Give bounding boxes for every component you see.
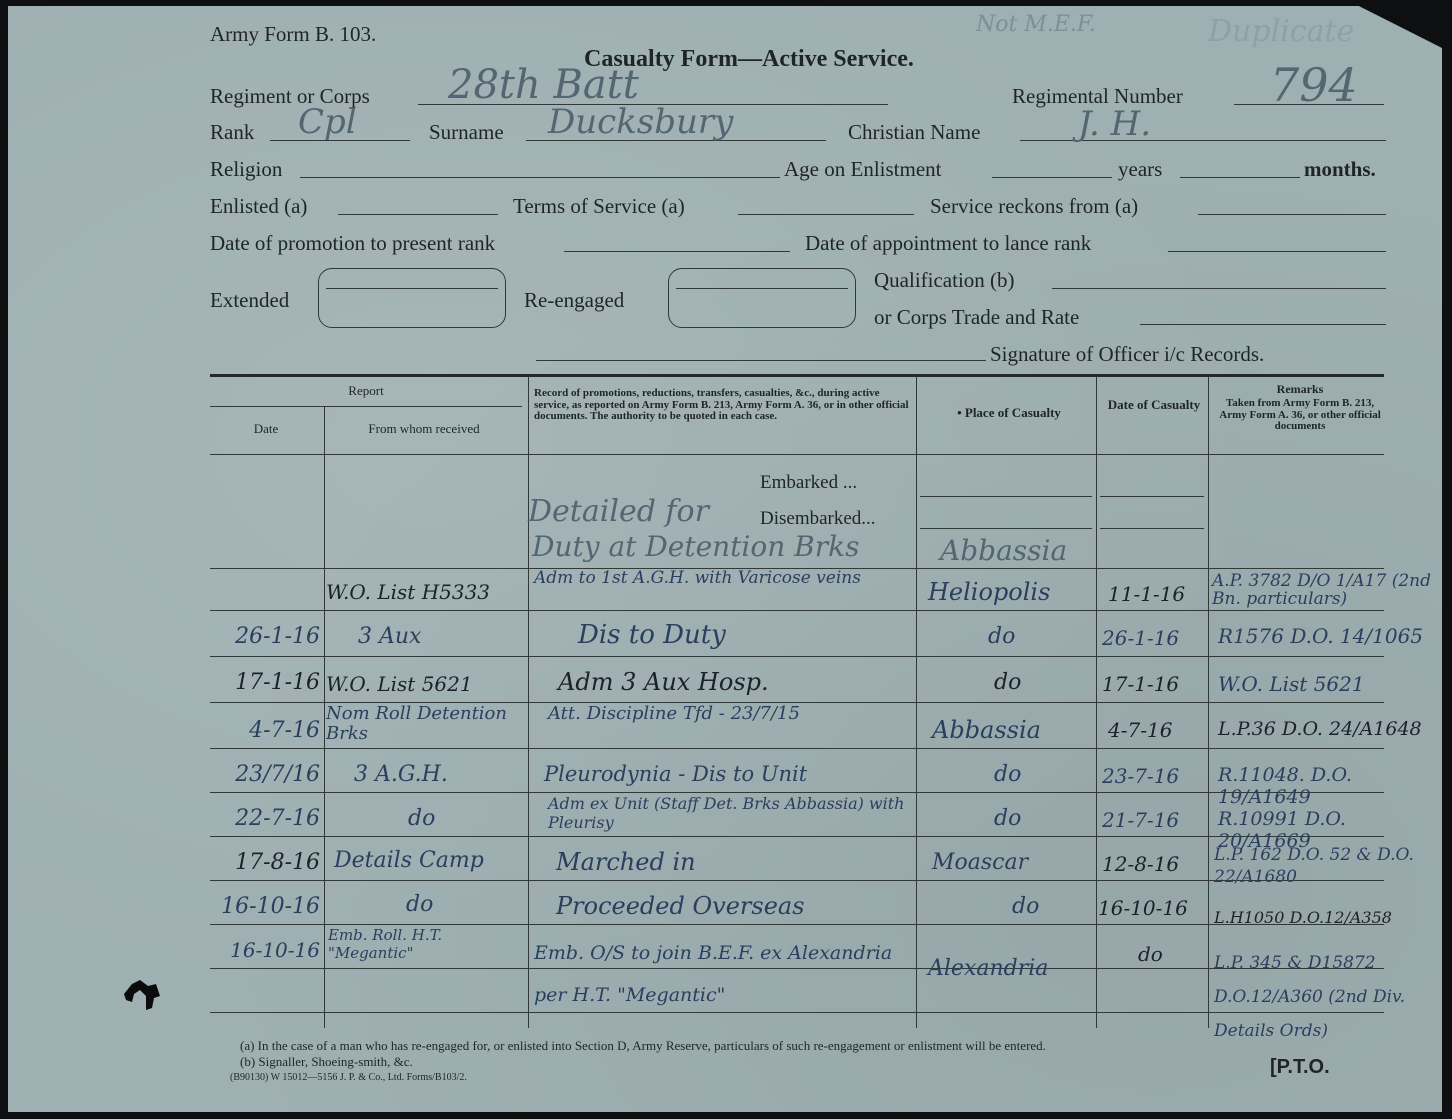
- religion-label: Religion: [210, 157, 282, 182]
- age-on-enlistment-label: Age on Enlistment: [784, 157, 941, 182]
- row-from: do: [406, 892, 433, 917]
- row-from: W.O. List H5333: [326, 580, 490, 604]
- punch-hole-icon: [118, 974, 164, 1016]
- footnote-b: (b) Signaller, Shoeing-smith, &c.: [240, 1054, 413, 1070]
- row-remarks: R1576 D.O. 14/1065: [1218, 624, 1423, 648]
- rank-value: Cpl: [298, 102, 357, 142]
- row-date: 16-10-16: [168, 894, 320, 919]
- row-record: Adm to 1st A.G.H. with Varicose veins: [534, 568, 914, 588]
- row-place: Moascar: [932, 850, 1028, 875]
- pto-label: [P.T.O.: [1270, 1056, 1330, 1079]
- row-remarks: L.P.36 D.O. 24/A1648: [1218, 718, 1422, 740]
- row-from: Details Camp: [334, 848, 484, 873]
- not-mef-annotation: Not M.E.F.: [976, 12, 1096, 37]
- row-date: 16-10-16: [168, 938, 320, 962]
- terms-of-service-label: Terms of Service (a): [513, 194, 685, 219]
- row-from: W.O. List 5621: [326, 672, 473, 696]
- extended-label: Extended: [210, 288, 289, 313]
- row-casualty-date: 16-10-16: [1098, 896, 1188, 920]
- place-header: • Place of Casualty: [920, 406, 1098, 420]
- casualty-form-document: Army Form B. 103. Casualty Form—Active S…: [8, 6, 1442, 1112]
- row-place: do: [994, 670, 1021, 695]
- row-place: Heliopolis: [928, 578, 1050, 606]
- row-casualty-date: 26-1-16: [1102, 626, 1179, 650]
- row-place: do: [994, 762, 1021, 787]
- record-header: Record of promotions, reductions, transf…: [534, 388, 914, 423]
- row-place: do: [1012, 894, 1039, 919]
- christian-name-label: Christian Name: [848, 120, 980, 145]
- row-casualty-date: 11-1-16: [1108, 582, 1185, 606]
- extended-brace: [318, 268, 506, 328]
- row-date: 26-1-16: [168, 624, 320, 649]
- row-remarks: L.P. 345 & D15872 D.O.12/A360 (2nd Div. …: [1214, 946, 1450, 1048]
- qualification-label: Qualification (b): [874, 268, 1015, 293]
- row-record: Pleurodynia - Dis to Unit: [544, 762, 807, 786]
- row-from: 3 Aux: [358, 624, 421, 649]
- surname-label: Surname: [429, 120, 504, 145]
- row-date: 17-1-16: [168, 670, 320, 695]
- row-remarks: L.P. 162 D.O. 52 & D.O. 22/A1680: [1214, 844, 1450, 888]
- embarked-label: Embarked ...: [760, 472, 857, 494]
- from-whom-header: From whom received: [324, 422, 524, 436]
- row-casualty-date: do: [1138, 942, 1163, 966]
- printer-imprint: (B90130) W 15012—5156 J. P. & Co., Ltd. …: [230, 1072, 467, 1083]
- row-date: 23/7/16: [168, 762, 320, 787]
- remarks-header: Remarks: [1212, 383, 1388, 396]
- row-place: Alexandria: [928, 956, 1048, 981]
- row-record: Proceeded Overseas: [556, 892, 805, 920]
- row-remarks: R.11048. D.O. 19/A1649: [1218, 764, 1442, 808]
- row-record: Marched in: [556, 848, 696, 876]
- row-from: do: [408, 806, 435, 831]
- date-of-appointment-label: Date of appointment to lance rank: [805, 231, 1091, 256]
- row-from: Emb. Roll. H.T. "Megantic": [328, 926, 524, 962]
- christian-name-value: J. H.: [1078, 104, 1151, 144]
- months-label: months.: [1304, 157, 1376, 182]
- first-entry-place: Abbassia: [940, 534, 1067, 567]
- form-number: Army Form B. 103.: [210, 22, 376, 47]
- years-label: years: [1118, 157, 1162, 182]
- duplicate-annotation: Duplicate: [1208, 14, 1354, 49]
- report-header: Report: [210, 384, 522, 398]
- row-remarks: L.H1050 D.O.12/A358: [1214, 908, 1392, 927]
- re-engaged-label: Re-engaged: [524, 288, 624, 313]
- row-casualty-date: 23-7-16: [1102, 764, 1179, 788]
- row-from: Nom Roll Detention Brks: [326, 704, 526, 744]
- row-from: 3 A.G.H.: [354, 762, 448, 787]
- row-casualty-date: 4-7-16: [1108, 718, 1172, 742]
- regimental-number-value: 794: [1270, 58, 1358, 112]
- rank-label: Rank: [210, 120, 254, 145]
- remarks-subheader: Taken from Army Form B. 213, Army Form A…: [1212, 398, 1388, 433]
- row-place: do: [994, 806, 1021, 831]
- corps-trade-label: or Corps Trade and Rate: [874, 305, 1079, 330]
- row-record: Emb. O/S to join B.E.F. ex Alexandria pe…: [534, 932, 918, 1016]
- row-remarks: W.O. List 5621: [1218, 672, 1365, 696]
- first-entry-record-line2: Duty at Detention Brks: [532, 530, 859, 563]
- row-record: Dis to Duty: [578, 620, 726, 650]
- row-date: 4-7-16: [168, 718, 320, 743]
- surname-value: Ducksbury: [548, 102, 733, 142]
- service-reckons-label: Service reckons from (a): [930, 194, 1138, 219]
- row-record: Adm ex Unit (Staff Det. Brks Abbassia) w…: [548, 794, 918, 832]
- row-casualty-date: 17-1-16: [1102, 672, 1179, 696]
- row-remarks: A.P. 3782 D/O 1/A17 (2nd Bn. particulars…: [1212, 572, 1444, 608]
- signature-label: Signature of Officer i/c Records.: [990, 342, 1264, 367]
- row-record: Adm 3 Aux Hosp.: [558, 668, 769, 696]
- enlisted-label: Enlisted (a): [210, 194, 307, 219]
- date-header: Date: [210, 422, 322, 436]
- footnote-a: (a) In the case of a man who has re-enga…: [240, 1038, 1046, 1054]
- first-entry-record-line1: Detailed for: [528, 494, 709, 529]
- row-date: 17-8-16: [168, 850, 320, 875]
- date-of-casualty-header: Date of Casualty: [1098, 398, 1210, 412]
- row-place: do: [988, 624, 1015, 649]
- row-casualty-date: 21-7-16: [1102, 808, 1179, 832]
- date-of-promotion-label: Date of promotion to present rank: [210, 231, 495, 256]
- row-record: Att. Discipline Tfd - 23/7/15: [548, 704, 848, 724]
- re-engaged-brace: [668, 268, 856, 328]
- row-place: Abbassia: [932, 716, 1041, 744]
- row-casualty-date: 12-8-16: [1102, 852, 1179, 876]
- row-date: 22-7-16: [168, 806, 320, 831]
- disembarked-label: Disembarked...: [760, 508, 876, 530]
